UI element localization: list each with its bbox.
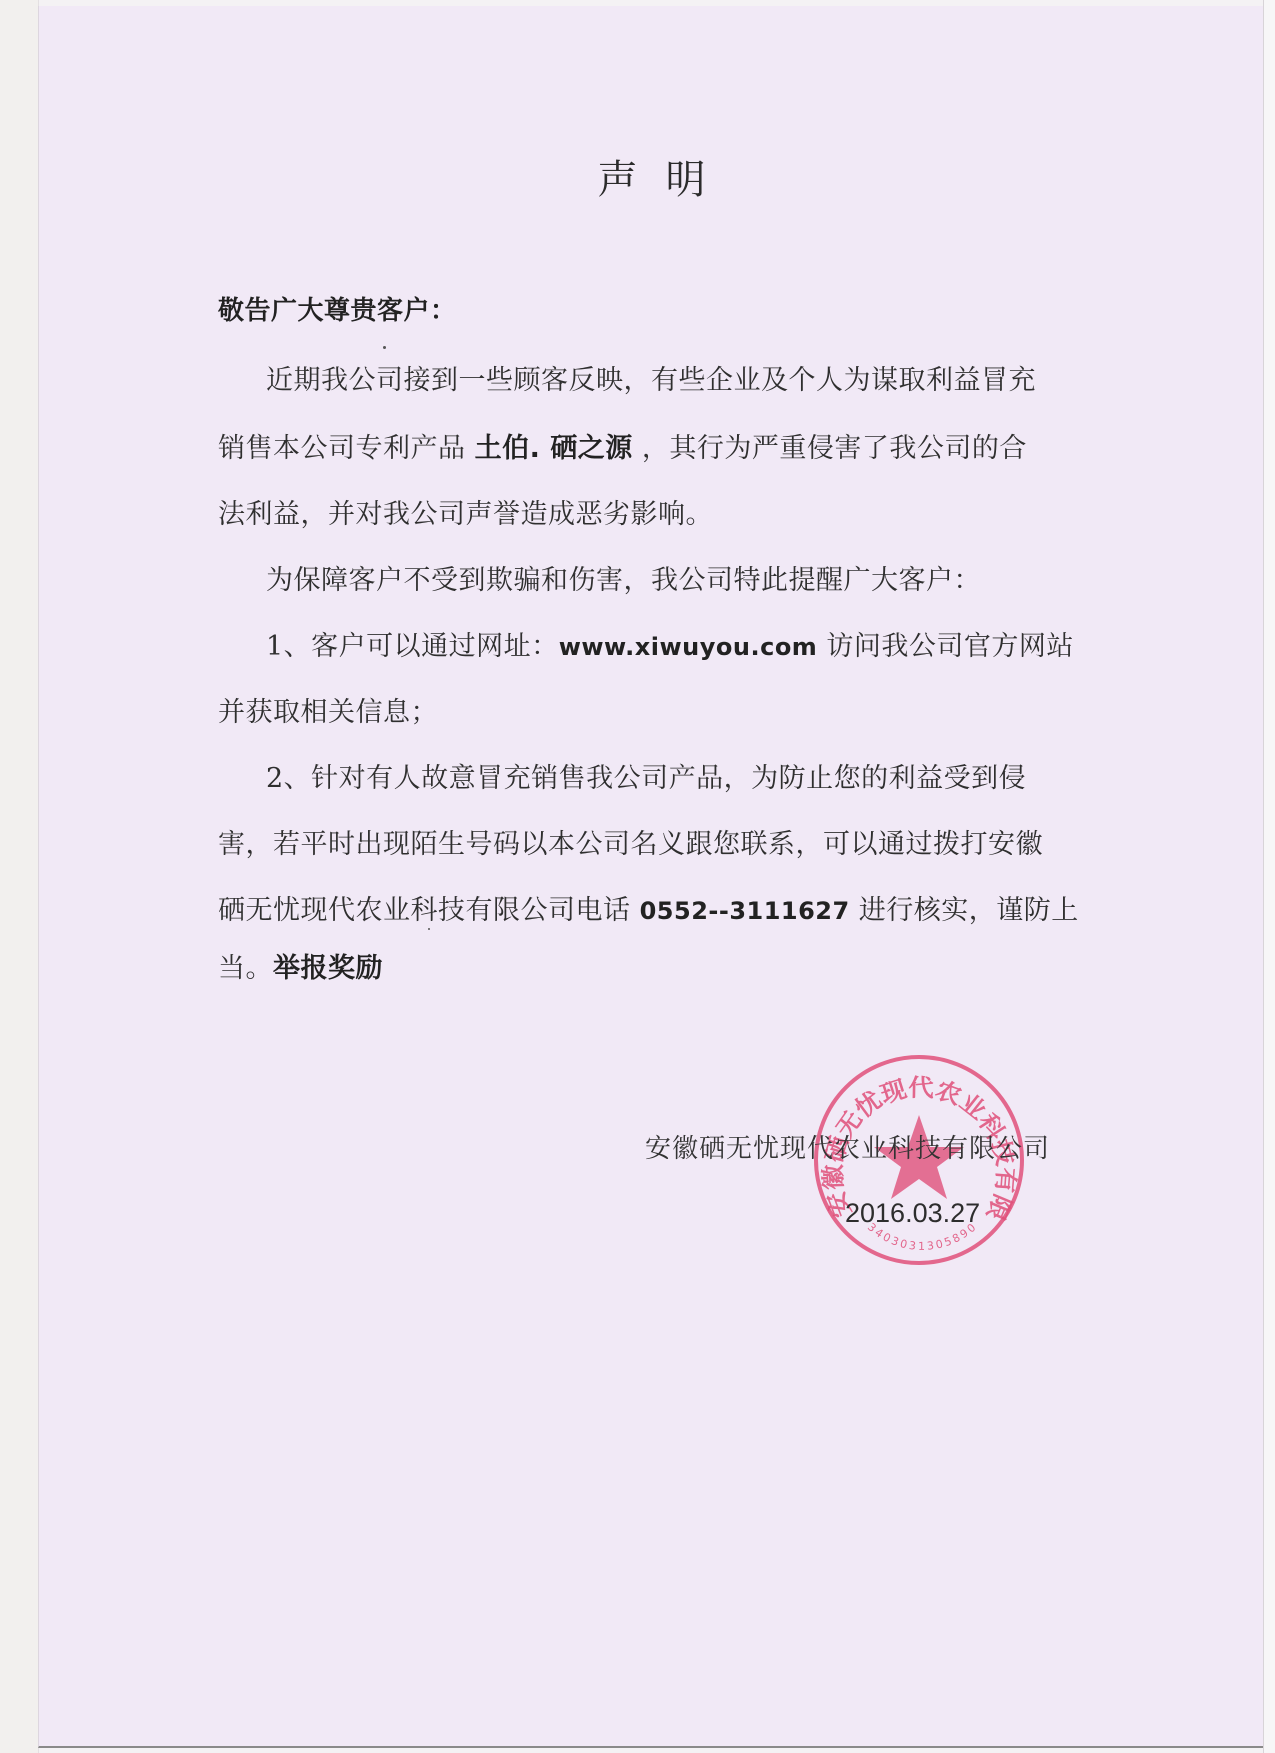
paragraph-2-line-1: 为保障客户不受到欺骗和伤害，我公司特此提醒广大客户： xyxy=(266,558,981,597)
item-2-line-2: 害，若平时出现陌生号码以本公司名义跟您联系，可以通过拨打安徽 xyxy=(218,822,1043,861)
scan-speck xyxy=(428,928,430,930)
item-2-line-4-prefix: 当。 xyxy=(218,953,273,984)
item-1-prefix: 1、客户可以通过网址： xyxy=(266,631,559,662)
item-1-suffix: 访问我公司官方网站 xyxy=(817,631,1074,662)
phone-number: 0552--3111627 xyxy=(640,897,850,925)
paragraph-1-line-2-suffix: ，其行为严重侵害了我公司的合 xyxy=(633,433,1027,464)
item-1-line-2: 并获取相关信息； xyxy=(218,690,438,729)
paragraph-1-line-2: 销售本公司专利产品 土伯. 硒之源 ，其行为严重侵害了我公司的合 xyxy=(218,426,1027,465)
scan-speck xyxy=(383,346,386,349)
paragraph-1-line-1: 近期我公司接到一些顾客反映，有些企业及个人为谋取利益冒充 xyxy=(266,358,1036,397)
item-2-line-3: 硒无忧现代农业科技有限公司电话 0552--3111627 进行核实，谨防上 xyxy=(218,888,1079,927)
website-url: www.xiwuyou.com xyxy=(559,633,818,661)
document-page xyxy=(38,6,1265,1748)
item-1-line-1: 1、客户可以通过网址：www.xiwuyou.com 访问我公司官方网站 xyxy=(266,624,1074,663)
scan-border-left xyxy=(0,0,39,1753)
item-2-line-3-suffix: 进行核实，谨防上 xyxy=(850,895,1079,926)
signature-date: 2016.03.27 xyxy=(845,1198,980,1229)
paragraph-1-line-3: 法利益，并对我公司声誉造成恶劣影响。 xyxy=(218,492,713,531)
signature-company: 安徽硒无忧现代农业科技有限公司 xyxy=(645,1128,1050,1165)
document-title: 声明 xyxy=(0,148,1275,205)
reward-notice: 举报奖励 xyxy=(273,953,383,984)
item-2-line-3-prefix: 硒无忧现代农业科技有限公司电话 xyxy=(218,895,640,926)
product-name: 土伯. 硒之源 xyxy=(475,433,633,464)
salutation: 敬告广大尊贵客户： xyxy=(218,290,457,327)
item-2-line-4: 当。举报奖励 xyxy=(218,946,383,985)
scan-border-right xyxy=(1263,0,1275,1753)
item-2-line-1: 2、针对有人故意冒充销售我公司产品，为防止您的利益受到侵 xyxy=(266,756,1026,795)
paragraph-1-line-2-prefix: 销售本公司专利产品 xyxy=(218,433,475,464)
